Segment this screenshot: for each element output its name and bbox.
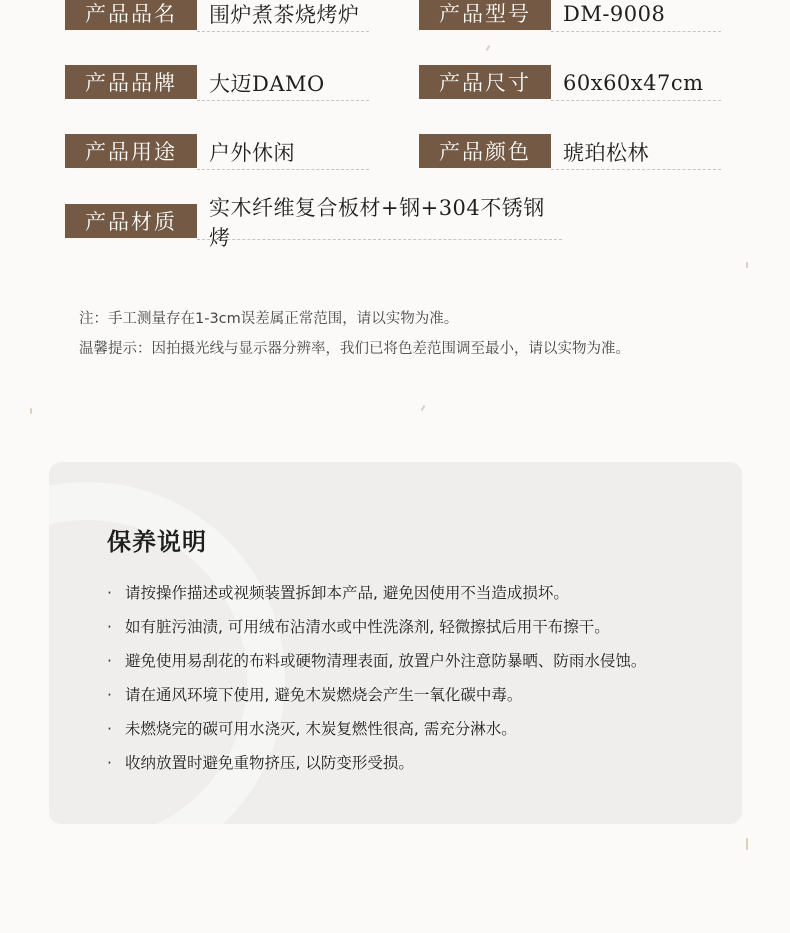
care-item: ·如有脏污油渍, 可用绒布沾清水或中性洗涤剂, 轻微擦拭后用干布擦干。 bbox=[107, 612, 646, 646]
bullet-icon: · bbox=[107, 646, 125, 680]
spec-label: 产品材质 bbox=[65, 204, 197, 238]
paper-fleck bbox=[420, 405, 425, 411]
measurement-notes: 注：手工测量存在1-3cm误差属正常范围，请以实物为准。 温馨提示：因拍摄光线与… bbox=[79, 306, 630, 366]
spec-label: 产品品名 bbox=[65, 0, 197, 30]
spec-label: 产品品牌 bbox=[65, 65, 197, 99]
spec-label: 产品颜色 bbox=[419, 134, 551, 168]
care-item: ·收纳放置时避免重物挤压, 以防变形受损。 bbox=[107, 748, 646, 782]
care-item: ·请按操作描述或视频装置拆卸本产品, 避免因使用不当造成损坏。 bbox=[107, 578, 646, 612]
care-title: 保养说明 bbox=[107, 522, 207, 557]
spec-value: 琥珀松林 bbox=[551, 134, 721, 170]
bullet-icon: · bbox=[107, 748, 125, 782]
spec-row-model: 产品型号 DM-9008 bbox=[419, 0, 721, 30]
bullet-icon: · bbox=[107, 680, 125, 714]
spec-value: DM-9008 bbox=[551, 0, 721, 32]
care-list: ·请按操作描述或视频装置拆卸本产品, 避免因使用不当造成损坏。 ·如有脏污油渍,… bbox=[107, 578, 646, 782]
spec-label: 产品型号 bbox=[419, 0, 551, 30]
spec-row-name: 产品品名 围炉煮茶烧烤炉 bbox=[65, 0, 369, 30]
spec-row-usage: 产品用途 户外休闲 bbox=[65, 134, 369, 168]
bullet-icon: · bbox=[107, 714, 125, 748]
care-item-text: 请按操作描述或视频装置拆卸本产品, 避免因使用不当造成损坏。 bbox=[125, 578, 569, 612]
spec-value: 实木纤维复合板材+钢+304不锈钢烤 bbox=[197, 204, 562, 240]
care-item-text: 收纳放置时避免重物挤压, 以防变形受损。 bbox=[125, 748, 414, 782]
spec-row-brand: 产品品牌 大迈DAMO bbox=[65, 65, 369, 99]
care-item-text: 避免使用易刮花的布料或硬物清理表面, 放置户外注意防暴晒、防雨水侵蚀。 bbox=[125, 646, 646, 680]
spec-value: 大迈DAMO bbox=[197, 65, 369, 101]
paper-fleck bbox=[746, 838, 748, 850]
paper-fleck bbox=[30, 408, 32, 414]
spec-row-size: 产品尺寸 60x60x47cm bbox=[419, 65, 721, 99]
care-item-text: 如有脏污油渍, 可用绒布沾清水或中性洗涤剂, 轻微擦拭后用干布擦干。 bbox=[125, 612, 610, 646]
bullet-icon: · bbox=[107, 578, 125, 612]
note-measurement: 注：手工测量存在1-3cm误差属正常范围，请以实物为准。 bbox=[79, 306, 630, 336]
spec-value: 围炉煮茶烧烤炉 bbox=[197, 0, 369, 32]
care-item-text: 请在通风环境下使用, 避免木炭燃烧会产生一氧化碳中毒。 bbox=[125, 680, 522, 714]
care-item-text: 未燃烧完的碳可用水浇灭, 木炭复燃性很高, 需充分淋水。 bbox=[125, 714, 517, 748]
care-item: ·未燃烧完的碳可用水浇灭, 木炭复燃性很高, 需充分淋水。 bbox=[107, 714, 646, 748]
note-color-tip: 温馨提示：因拍摄光线与显示器分辨率，我们已将色差范围调至最小，请以实物为准。 bbox=[79, 336, 630, 366]
care-instructions-card: 保养说明 ·请按操作描述或视频装置拆卸本产品, 避免因使用不当造成损坏。 ·如有… bbox=[49, 462, 742, 824]
bullet-icon: · bbox=[107, 612, 125, 646]
paper-fleck bbox=[486, 45, 491, 51]
spec-row-material: 产品材质 实木纤维复合板材+钢+304不锈钢烤 bbox=[65, 204, 562, 238]
spec-value: 户外休闲 bbox=[197, 134, 369, 170]
spec-label: 产品用途 bbox=[65, 134, 197, 168]
spec-row-color: 产品颜色 琥珀松林 bbox=[419, 134, 721, 168]
care-item: ·避免使用易刮花的布料或硬物清理表面, 放置户外注意防暴晒、防雨水侵蚀。 bbox=[107, 646, 646, 680]
paper-fleck bbox=[746, 262, 748, 268]
spec-value: 60x60x47cm bbox=[551, 65, 721, 101]
spec-label: 产品尺寸 bbox=[419, 65, 551, 99]
care-item: ·请在通风环境下使用, 避免木炭燃烧会产生一氧化碳中毒。 bbox=[107, 680, 646, 714]
